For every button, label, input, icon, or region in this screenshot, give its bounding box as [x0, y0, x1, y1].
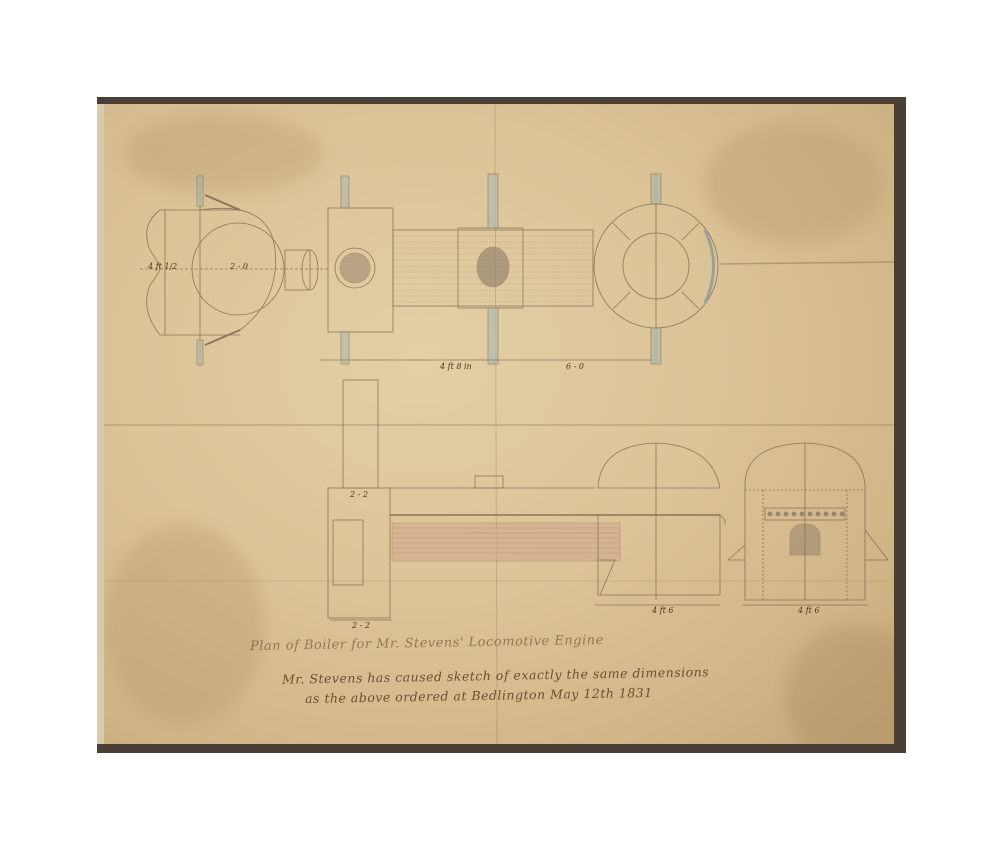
dimension-label: 4 ft 8 in — [440, 362, 472, 371]
top-right-view — [594, 174, 718, 364]
dimension-label: 2 - 2 — [350, 490, 368, 499]
dimension-label: 4 ft 1/2 — [148, 262, 177, 271]
dimension-label: 4 ft 6 — [798, 606, 819, 615]
dimension-label: 4 ft 6 — [652, 606, 673, 615]
top-center-view — [320, 174, 660, 364]
dimension-label: 2 - 0 — [230, 262, 248, 271]
dimension-label: 6 - 0 — [566, 362, 584, 371]
bottom-center-view — [328, 380, 720, 620]
technical-drawing — [0, 0, 1000, 849]
dimension-label: 2 - 2 — [352, 621, 370, 630]
